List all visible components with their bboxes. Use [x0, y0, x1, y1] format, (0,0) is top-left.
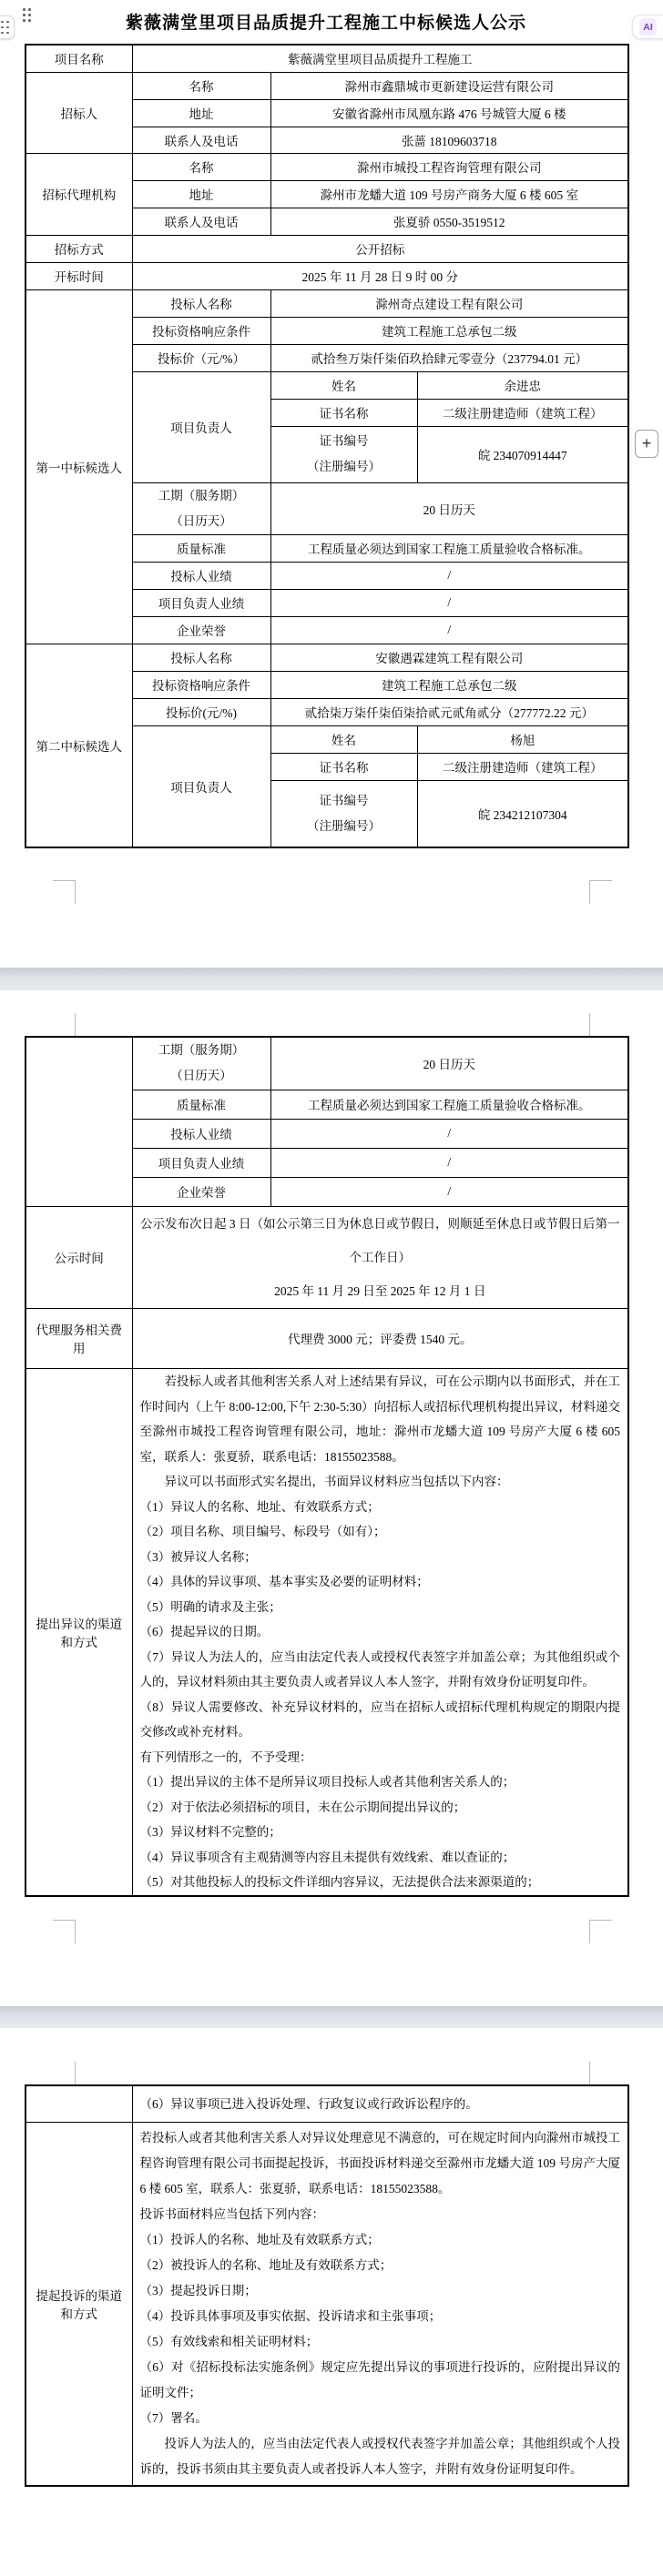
- method-value: 公开招标: [132, 235, 628, 262]
- margin-mark: [589, 1013, 590, 1037]
- publicity-time-value: 公示发布次日起 3 日（如公示第三日为休息日或节假日，则顺延至休息日或节假日后第…: [132, 1206, 628, 1308]
- margin-mark: [589, 2062, 590, 2084]
- c1-pm-label: 项目负责人: [132, 371, 270, 482]
- cert-no-label-line1: 证书编号: [279, 429, 410, 454]
- cert-no-label-line2: （注册编号）: [279, 454, 410, 480]
- drag-handle-button[interactable]: [0, 15, 15, 39]
- agency-contact-value: 张夏骄 0550-3519512: [270, 208, 628, 235]
- objection-paragraph: （1）提出异议的主体不是所异议项目投标人或者其他利害关系人的；: [140, 1770, 621, 1795]
- tenderer-name-label: 名称: [132, 72, 270, 99]
- agency-label: 招标代理机构: [25, 153, 132, 235]
- duration-label-line1: 工期（服务期）: [140, 483, 263, 509]
- objection-paragraph: （5）对其他投标人的投标文件详细内容异议，无法提供合法来源渠道的；: [140, 1870, 621, 1895]
- complaint-paragraph: （6）对《招标投标法实施条例》规定应先提出异议的事项进行投诉的，应附提出异议的证…: [140, 2355, 621, 2406]
- c2-pm-name-label: 姓名: [270, 725, 417, 753]
- margin-mark: [53, 1920, 76, 1921]
- c1-qualification-value: 建筑工程施工总承包二级: [270, 317, 628, 344]
- objection-channel-label: 提出异议的渠道和方式: [25, 1368, 132, 1896]
- agency-address-label: 地址: [132, 180, 270, 208]
- complaint-paragraph: （5）有效线索和相关证明材料；: [140, 2329, 621, 2355]
- c2-bidder-name-label: 投标人名称: [132, 644, 270, 671]
- c1-bidder-name-value: 滁州奇点建设工程有限公司: [270, 289, 628, 317]
- ai-toolbar-button[interactable]: AI —: [632, 15, 663, 39]
- objection-paragraph: （7）异议人为法人的，应当由法定代表人或授权代表签字并加盖公章；为其他组织或个人…: [140, 1645, 621, 1695]
- c2-cert-name-value: 二级注册建造师（建筑工程）: [417, 753, 628, 780]
- objection-paragraph: （8）异议人需要修改、补充异议材料的，应当在招标人或招标代理机构规定的期限内提交…: [140, 1695, 621, 1745]
- candidate1-label: 第一中标候选人: [25, 289, 132, 644]
- c1-quality-label: 质量标准: [132, 534, 270, 562]
- add-button[interactable]: +: [635, 430, 658, 458]
- method-label: 招标方式: [25, 235, 132, 262]
- c1-bidder-perf-value: /: [270, 562, 628, 589]
- c1-qualification-label: 投标资格响应条件: [132, 317, 270, 344]
- complaint-paragraph: （1）投诉人的名称、地址及有效联系方式；: [140, 2227, 621, 2253]
- c2-qualification-value: 建筑工程施工总承包二级: [270, 671, 628, 698]
- c1-pm-name-value: 余进忠: [417, 371, 628, 399]
- c2-duration-label: 工期（服务期） （日历天）: [132, 1037, 270, 1090]
- objection-paragraph: （2）项目名称、项目编号、标段号（如有）；: [140, 1519, 621, 1545]
- objection-paragraph: （1）异议人的名称、地址、有效联系方式；: [140, 1495, 621, 1520]
- c1-duration-value: 20 日历天: [270, 482, 628, 534]
- duration-label-line2: （日历天）: [140, 509, 263, 534]
- page-gap-2: [0, 2006, 663, 2028]
- cert-no-label-line2: （注册编号）: [279, 814, 410, 839]
- agency-fee-label: 代理服务相关费用: [25, 1308, 132, 1368]
- agency-contact-label: 联系人及电话: [132, 208, 270, 235]
- objection-paragraph: （3）异议材料不完整的；: [140, 1820, 621, 1845]
- margin-mark: [75, 1920, 76, 1943]
- c2-pm-perf-label: 项目负责人业绩: [132, 1148, 270, 1177]
- objection-paragraph: （3）被异议人名称；: [140, 1545, 621, 1570]
- tenderer-address-value: 安徽省滁州市凤凰东路 476 号城管大厦 6 楼: [270, 99, 628, 127]
- duration-label-line1: 工期（服务期）: [140, 1038, 263, 1063]
- c1-bidder-perf-label: 投标人业绩: [132, 562, 270, 589]
- c2-duration-value: 20 日历天: [270, 1037, 628, 1090]
- document-title: 紫薇满堂里项目品质提升工程施工中标候选人公示: [25, 9, 627, 34]
- tenderer-label: 招标人: [25, 72, 132, 153]
- announcement-table-page1: 项目名称 紫薇满堂里项目品质提升工程施工 招标人 名称 滁州市鑫鼎城市更新建设运…: [25, 44, 629, 848]
- open-time-value: 2025 年 11 月 28 日 9 时 00 分: [132, 262, 628, 289]
- complaint-paragraph: （2）被投诉人的名称、地址及有效联系方式；: [140, 2253, 621, 2278]
- objection-paragraph: 有下列情形之一的，不予受理：: [140, 1745, 621, 1770]
- objection-paragraph: （6）异议事项已进入投诉处理、行政复议或行政诉讼程序的。: [140, 2092, 621, 2117]
- c1-honor-value: /: [270, 616, 628, 644]
- c2-honor-label: 企业荣誉: [132, 1177, 270, 1206]
- c1-price-value: 贰拾叁万柒仟柒佰玖拾肆元零壹分（237794.01 元）: [270, 344, 628, 371]
- complaint-paragraph: （4）投诉具体事项及事实依据、投诉请求和主张事项；: [140, 2304, 621, 2329]
- agency-address-value: 滁州市龙蟠大道 109 号房产商务大厦 6 楼 605 室: [270, 180, 628, 208]
- complaint-paragraph: （3）提起投诉日期；: [140, 2278, 621, 2304]
- agency-fee-value: 代理费 3000 元；评委费 1540 元。: [132, 1308, 628, 1368]
- objection-paragraph: 异议可以书面形式实名提出，书面异议材料应当包括以下内容：: [140, 1469, 621, 1495]
- objection-paragraph: （4）具体的异议事项、基本事实及必要的证明材料；: [140, 1569, 621, 1595]
- project-name-value: 紫薇满堂里项目品质提升工程施工: [132, 45, 628, 72]
- publicity-time-line1: 公示发布次日起 3 日（如公示第三日为休息日或节假日，则顺延至休息日或节假日后第…: [140, 1207, 621, 1274]
- project-name-label: 项目名称: [25, 45, 132, 72]
- complaint-paragraph: 投诉人为法人的，应当由法定代表人或授权代表签字并加盖公章；其他组织或个人投诉的，…: [140, 2431, 621, 2482]
- candidate2-continuation-cell: [25, 1037, 132, 1206]
- c2-price-value: 贰拾柒万柒仟柒佰柒拾贰元贰角贰分（277772.22 元）: [270, 698, 628, 725]
- complaint-channel-label: 提起投诉的渠道和方式: [25, 2122, 132, 2486]
- cert-no-label-line1: 证书编号: [279, 788, 410, 814]
- c2-qualification-label: 投标资格响应条件: [132, 671, 270, 698]
- c2-bidder-name-value: 安徽遇霖建筑工程有限公司: [270, 644, 628, 671]
- c1-cert-name-label: 证书名称: [270, 399, 417, 426]
- c1-price-label: 投标价（元/%）: [132, 344, 270, 371]
- c2-bidder-perf-value: /: [270, 1119, 628, 1148]
- objection-channel-text: 若投标人或者其他利害关系人对上述结果有异议，可在公示期内以书面形式，并在工作时间…: [132, 1368, 628, 1896]
- grip-dots-icon: [1, 21, 9, 35]
- drag-dots-icon[interactable]: [23, 8, 31, 22]
- agency-name-value: 滁州市城投工程咨询管理有限公司: [270, 153, 628, 180]
- margin-mark: [589, 1920, 612, 1921]
- open-time-label: 开标时间: [25, 262, 132, 289]
- agency-name-label: 名称: [132, 153, 270, 180]
- c2-honor-value: /: [270, 1177, 628, 1206]
- objection-last-item: （6）异议事项已进入投诉处理、行政复议或行政诉讼程序的。: [132, 2085, 628, 2122]
- candidate2-label: 第二中标候选人: [25, 644, 132, 847]
- c1-honor-label: 企业荣誉: [132, 616, 270, 644]
- announcement-table-page3: （6）异议事项已进入投诉处理、行政复议或行政诉讼程序的。 提起投诉的渠道和方式 …: [25, 2084, 629, 2487]
- complaint-paragraph: 若投标人或者其他利害关系人对异议处理意见不满意的，可在规定时间内向滁州市城投工程…: [140, 2125, 621, 2202]
- objection-paragraph: 若投标人或者其他利害关系人对上述结果有异议，可在公示期内以书面形式，并在工作时间…: [140, 1369, 621, 1469]
- complaint-paragraph: （7）署名。: [140, 2406, 621, 2431]
- margin-mark: [75, 2062, 76, 2084]
- publicity-time-line2: 2025 年 11 月 29 日至 2025 年 12 月 1 日: [140, 1274, 621, 1308]
- c1-cert-name-value: 二级注册建造师（建筑工程）: [417, 399, 628, 426]
- c2-cert-no-value: 皖 234212107304: [417, 780, 628, 847]
- margin-mark: [75, 1013, 76, 1037]
- c1-pm-name-label: 姓名: [270, 371, 417, 399]
- ai-icon: AI: [639, 18, 657, 35]
- objection-paragraph: （6）提起异议的日期。: [140, 1619, 621, 1645]
- tenderer-contact-label: 联系人及电话: [132, 127, 270, 153]
- duration-label-line2: （日历天）: [140, 1063, 263, 1089]
- c1-pm-perf-label: 项目负责人业绩: [132, 589, 270, 616]
- c1-bidder-name-label: 投标人名称: [132, 289, 270, 317]
- margin-mark: [75, 880, 76, 904]
- margin-mark: [53, 880, 76, 881]
- tenderer-address-label: 地址: [132, 99, 270, 127]
- c2-pm-label: 项目负责人: [132, 725, 270, 847]
- c1-duration-label: 工期（服务期） （日历天）: [132, 482, 270, 534]
- tenderer-contact-value: 张蔷 18109603718: [270, 127, 628, 153]
- c2-bidder-perf-label: 投标人业绩: [132, 1119, 270, 1148]
- c1-cert-no-label: 证书编号 （注册编号）: [270, 426, 417, 482]
- complaint-paragraph: 投诉书面材料应当包括下列内容：: [140, 2202, 621, 2227]
- margin-mark: [589, 1920, 590, 1943]
- document-viewer: 紫薇满堂里项目品质提升工程施工中标候选人公示 项目名称 紫薇满堂里项目品质提升工…: [0, 0, 663, 2576]
- c2-cert-no-label: 证书编号 （注册编号）: [270, 780, 417, 847]
- c2-quality-value: 工程质量必须达到国家工程施工质量验收合格标准。: [270, 1090, 628, 1119]
- objection-paragraph: （4）异议事项含有主观猜测等内容且未提供有效线索、难以查证的；: [140, 1845, 621, 1871]
- c1-cert-no-value: 皖 234070914447: [417, 426, 628, 482]
- publicity-time-label: 公示时间: [25, 1206, 132, 1308]
- c2-cert-name-label: 证书名称: [270, 753, 417, 780]
- c2-price-label: 投标价(元/%): [132, 698, 270, 725]
- page-gap-1: [0, 968, 663, 990]
- c2-pm-perf-value: /: [270, 1148, 628, 1177]
- margin-mark: [589, 880, 590, 904]
- c1-quality-value: 工程质量必须达到国家工程施工质量验收合格标准。: [270, 534, 628, 562]
- objection-paragraph: （2）对于依法必须招标的项目，未在公示期间提出异议的；: [140, 1795, 621, 1820]
- c1-pm-perf-value: /: [270, 589, 628, 616]
- margin-mark: [589, 880, 612, 881]
- tenderer-name-value: 滁州市鑫鼎城市更新建设运营有限公司: [270, 72, 628, 99]
- objection-continuation-cell: [25, 2085, 132, 2122]
- announcement-table-page2: 工期（服务期） （日历天） 20 日历天 质量标准 工程质量必须达到国家工程施工…: [25, 1036, 629, 1897]
- complaint-channel-text: 若投标人或者其他利害关系人对异议处理意见不满意的，可在规定时间内向滁州市城投工程…: [132, 2122, 628, 2486]
- c2-pm-name-value: 杨旭: [417, 725, 628, 753]
- objection-paragraph: （5）明确的请求及主张；: [140, 1595, 621, 1620]
- c2-quality-label: 质量标准: [132, 1090, 270, 1119]
